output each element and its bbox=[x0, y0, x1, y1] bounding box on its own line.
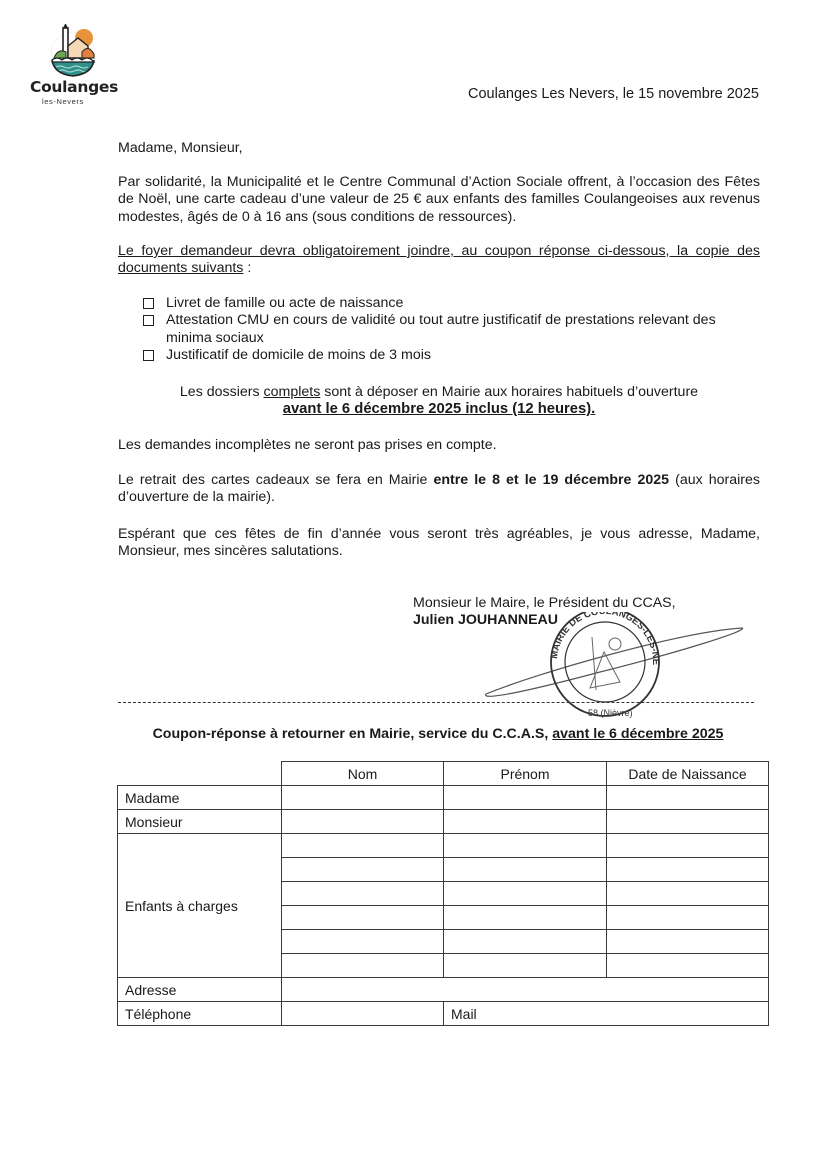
madame-date-field[interactable] bbox=[607, 786, 769, 810]
child-prenom-field[interactable] bbox=[444, 954, 607, 978]
child-date-field[interactable] bbox=[607, 954, 769, 978]
cut-line bbox=[118, 702, 754, 703]
table-row-madame: Madame bbox=[118, 786, 769, 810]
row-label-monsieur: Monsieur bbox=[118, 810, 282, 834]
checklist-item: Attestation CMU en cours de validité ou … bbox=[143, 312, 763, 347]
monsieur-nom-field[interactable] bbox=[282, 810, 444, 834]
checkbox-icon bbox=[143, 350, 154, 361]
child-date-field[interactable] bbox=[607, 930, 769, 954]
column-header-prenom: Prénom bbox=[444, 762, 607, 786]
incomplete-notice: Les demandes incomplètes ne seront pas p… bbox=[118, 437, 760, 454]
stamp-text-bottom: 58 (Nièvre) bbox=[588, 708, 633, 718]
closing-paragraph: Espérant que ces fêtes de fin d’année vo… bbox=[118, 526, 760, 561]
documents-intro-underlined: Le foyer demandeur devra obligatoirement… bbox=[118, 243, 760, 276]
child-prenom-field[interactable] bbox=[444, 834, 607, 858]
town-logo: Coulanges les-Nevers bbox=[28, 24, 118, 116]
logo-subtitle: les-Nevers bbox=[42, 97, 84, 106]
checkbox-icon bbox=[143, 315, 154, 326]
deposit-text-pre: Les dossiers bbox=[180, 384, 264, 400]
child-nom-field[interactable] bbox=[282, 858, 444, 882]
row-label-address: Adresse bbox=[118, 978, 282, 1002]
child-prenom-field[interactable] bbox=[444, 906, 607, 930]
pickup-info: Le retrait des cartes cadeaux se fera en… bbox=[118, 472, 760, 507]
row-label-children: Enfants à charges bbox=[118, 834, 282, 978]
mail-field[interactable]: Mail bbox=[444, 1002, 769, 1026]
column-header-date-naissance: Date de Naissance bbox=[607, 762, 769, 786]
pickup-text-pre: Le retrait des cartes cadeaux se fera en… bbox=[118, 472, 433, 488]
madame-nom-field[interactable] bbox=[282, 786, 444, 810]
child-date-field[interactable] bbox=[607, 906, 769, 930]
child-nom-field[interactable] bbox=[282, 954, 444, 978]
child-date-field[interactable] bbox=[607, 882, 769, 906]
signature-block: Monsieur le Maire, le Président du CCAS,… bbox=[413, 595, 676, 630]
deposit-deadline: avant le 6 décembre 2025 inclus (12 heur… bbox=[118, 401, 760, 418]
table-corner bbox=[118, 762, 282, 786]
table-row-child: Enfants à charges bbox=[118, 834, 769, 858]
deposit-info: Les dossiers complets sont à déposer en … bbox=[118, 384, 760, 401]
madame-prenom-field[interactable] bbox=[444, 786, 607, 810]
pickup-dates: entre le 8 et le 19 décembre 2025 bbox=[433, 472, 669, 488]
salutation: Madame, Monsieur, bbox=[118, 140, 760, 157]
intro-paragraph: Par solidarité, la Municipalité et le Ce… bbox=[118, 174, 760, 226]
town-emblem-icon bbox=[28, 24, 118, 80]
deposit-text-underlined: complets bbox=[264, 384, 321, 400]
place-date: Coulanges Les Nevers, le 15 novembre 202… bbox=[468, 86, 759, 102]
signatory-name: Julien JOUHANNEAU bbox=[413, 612, 676, 629]
table-row-phone-mail: Téléphone Mail bbox=[118, 1002, 769, 1026]
logo-title: Coulanges bbox=[30, 78, 118, 96]
table-row-address: Adresse bbox=[118, 978, 769, 1002]
documents-intro: Le foyer demandeur devra obligatoirement… bbox=[118, 243, 760, 278]
row-label-madame: Madame bbox=[118, 786, 282, 810]
checkbox-icon bbox=[143, 298, 154, 309]
child-nom-field[interactable] bbox=[282, 882, 444, 906]
checklist-item-label: Attestation CMU en cours de validité ou … bbox=[166, 312, 763, 347]
documents-intro-tail: : bbox=[243, 260, 251, 276]
monsieur-prenom-field[interactable] bbox=[444, 810, 607, 834]
child-nom-field[interactable] bbox=[282, 930, 444, 954]
documents-checklist: Livret de famille ou acte de naissance A… bbox=[143, 295, 763, 364]
row-label-phone: Téléphone bbox=[118, 1002, 282, 1026]
coupon-title: Coupon-réponse à retourner en Mairie, se… bbox=[118, 726, 758, 742]
checklist-item: Livret de famille ou acte de naissance bbox=[143, 295, 763, 312]
child-nom-field[interactable] bbox=[282, 834, 444, 858]
child-date-field[interactable] bbox=[607, 834, 769, 858]
checklist-item-label: Justificatif de domicile de moins de 3 m… bbox=[166, 347, 431, 364]
column-header-nom: Nom bbox=[282, 762, 444, 786]
child-prenom-field[interactable] bbox=[444, 882, 607, 906]
coupon-form-table: Nom Prénom Date de Naissance Madame Mons… bbox=[117, 761, 769, 1026]
child-prenom-field[interactable] bbox=[444, 858, 607, 882]
phone-field[interactable] bbox=[282, 1002, 444, 1026]
child-prenom-field[interactable] bbox=[444, 930, 607, 954]
table-header-row: Nom Prénom Date de Naissance bbox=[118, 762, 769, 786]
child-nom-field[interactable] bbox=[282, 906, 444, 930]
child-date-field[interactable] bbox=[607, 858, 769, 882]
coupon-title-text: Coupon-réponse à retourner en Mairie, se… bbox=[153, 726, 553, 742]
checklist-item: Justificatif de domicile de moins de 3 m… bbox=[143, 347, 763, 364]
mail-label: Mail bbox=[451, 1006, 477, 1022]
deposit-text-post: sont à déposer en Mairie aux horaires ha… bbox=[320, 384, 698, 400]
table-row-monsieur: Monsieur bbox=[118, 810, 769, 834]
address-field[interactable] bbox=[282, 978, 769, 1002]
checklist-item-label: Livret de famille ou acte de naissance bbox=[166, 295, 403, 312]
coupon-title-deadline: avant le 6 décembre 2025 bbox=[552, 726, 723, 742]
signatory-title: Monsieur le Maire, le Président du CCAS, bbox=[413, 595, 676, 612]
monsieur-date-field[interactable] bbox=[607, 810, 769, 834]
